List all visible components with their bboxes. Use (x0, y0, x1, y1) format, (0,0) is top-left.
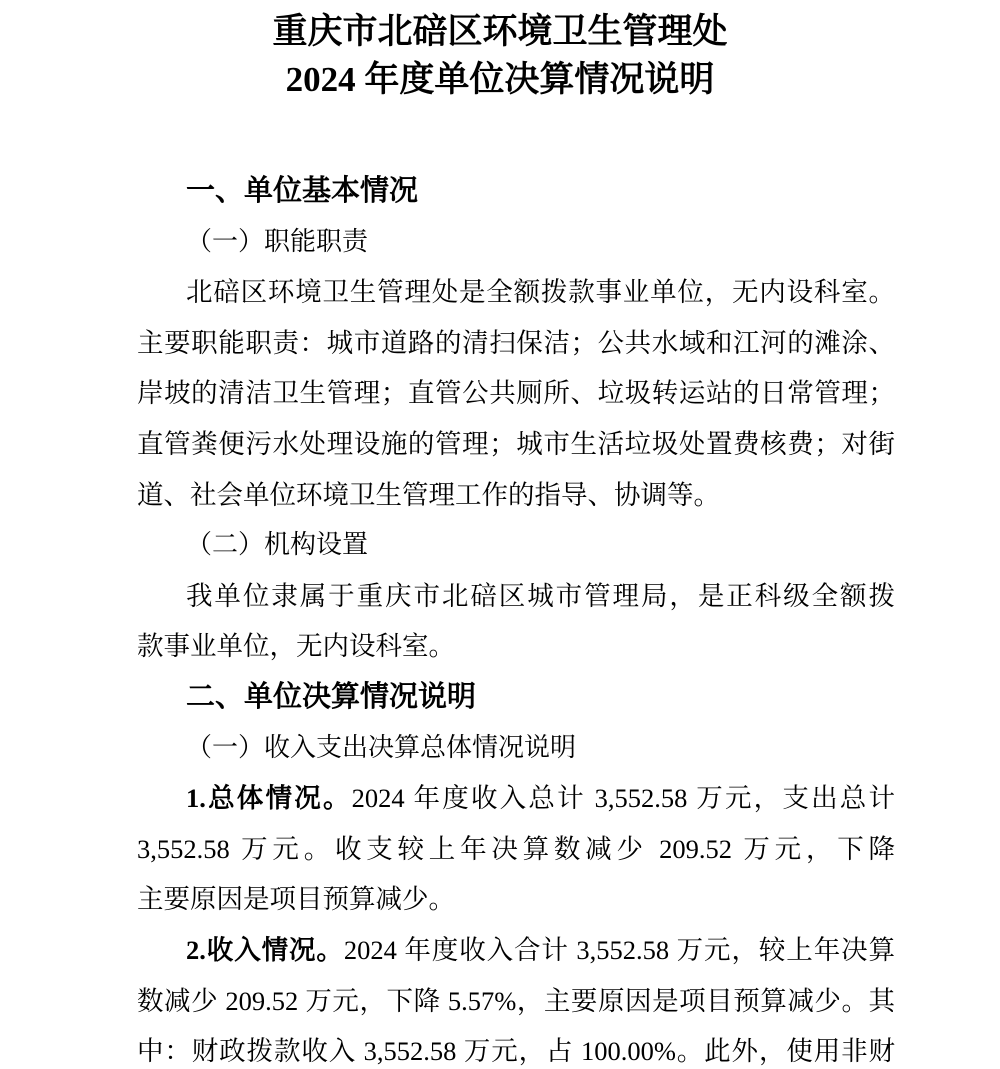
title-line-2: 2024 年度单位决算情况说明 (0, 56, 1000, 104)
text-run-income: 2024 年度收入合计 3,552.58 万元，较上年决算 (344, 935, 895, 965)
bold-run-overview: 1.总体情况。 (186, 783, 352, 813)
para-duties-line-1: 北碚区环境卫生管理处是全额拨款事业单位，无内设科室。 (137, 267, 895, 318)
document-title: 重庆市北碚区环境卫生管理处 2024 年度单位决算情况说明 (0, 0, 1000, 104)
para-duties-line-5: 道、社会单位环境卫生管理工作的指导、协调等。 (137, 470, 895, 521)
bold-run-income: 2.收入情况。 (186, 935, 344, 965)
para-overview-line-2: 3,552.58 万元。收支较上年决算数减少 209.52 万元，下降 5.57… (137, 824, 895, 875)
subheading-organization: （二）机构设置 (137, 520, 895, 571)
para-overview-line-3: 主要原因是项目预算减少。 (137, 874, 895, 925)
para-organization-line-1: 我单位隶属于重庆市北碚区城市管理局，是正科级全额拨 (137, 571, 895, 622)
document-page: 重庆市北碚区环境卫生管理处 2024 年度单位决算情况说明 一、单位基本情况 （… (0, 0, 1000, 1069)
para-duties-line-3: 岸坡的清洁卫生管理；直管公共厕所、垃圾转运站的日常管理； (137, 368, 895, 419)
text-run-overview: 2024 年度收入总计 3,552.58 万元，支出总计 (352, 783, 895, 813)
heading-section-1: 一、单位基本情况 (137, 166, 895, 217)
para-overview-line-1: 1.总体情况。2024 年度收入总计 3,552.58 万元，支出总计 (137, 773, 895, 824)
title-line-1: 重庆市北碚区环境卫生管理处 (0, 8, 1000, 56)
para-income-line-2: 数减少 209.52 万元，下降 5.57%，主要原因是项目预算减少。其 (137, 976, 895, 1027)
subheading-duties: （一）职能职责 (137, 217, 895, 268)
para-organization-line-2: 款事业单位，无内设科室。 (137, 621, 895, 672)
subheading-budget-overview: （一）收入支出决算总体情况说明 (137, 723, 895, 774)
para-income-line-1: 2.收入情况。2024 年度收入合计 3,552.58 万元，较上年决算 (137, 925, 895, 976)
document-body: 一、单位基本情况 （一）职能职责 北碚区环境卫生管理处是全额拨款事业单位，无内设… (137, 166, 895, 1069)
para-income-line-3: 中：财政拨款收入 3,552.58 万元，占 100.00%。此外，使用非财 (137, 1026, 895, 1069)
para-duties-line-4: 直管粪便污水处理设施的管理；城市生活垃圾处置费核费；对街 (137, 419, 895, 470)
para-duties-line-2: 主要职能职责：城市道路的清扫保洁；公共水域和江河的滩涂、 (137, 318, 895, 369)
heading-section-2: 二、单位决算情况说明 (137, 672, 895, 723)
